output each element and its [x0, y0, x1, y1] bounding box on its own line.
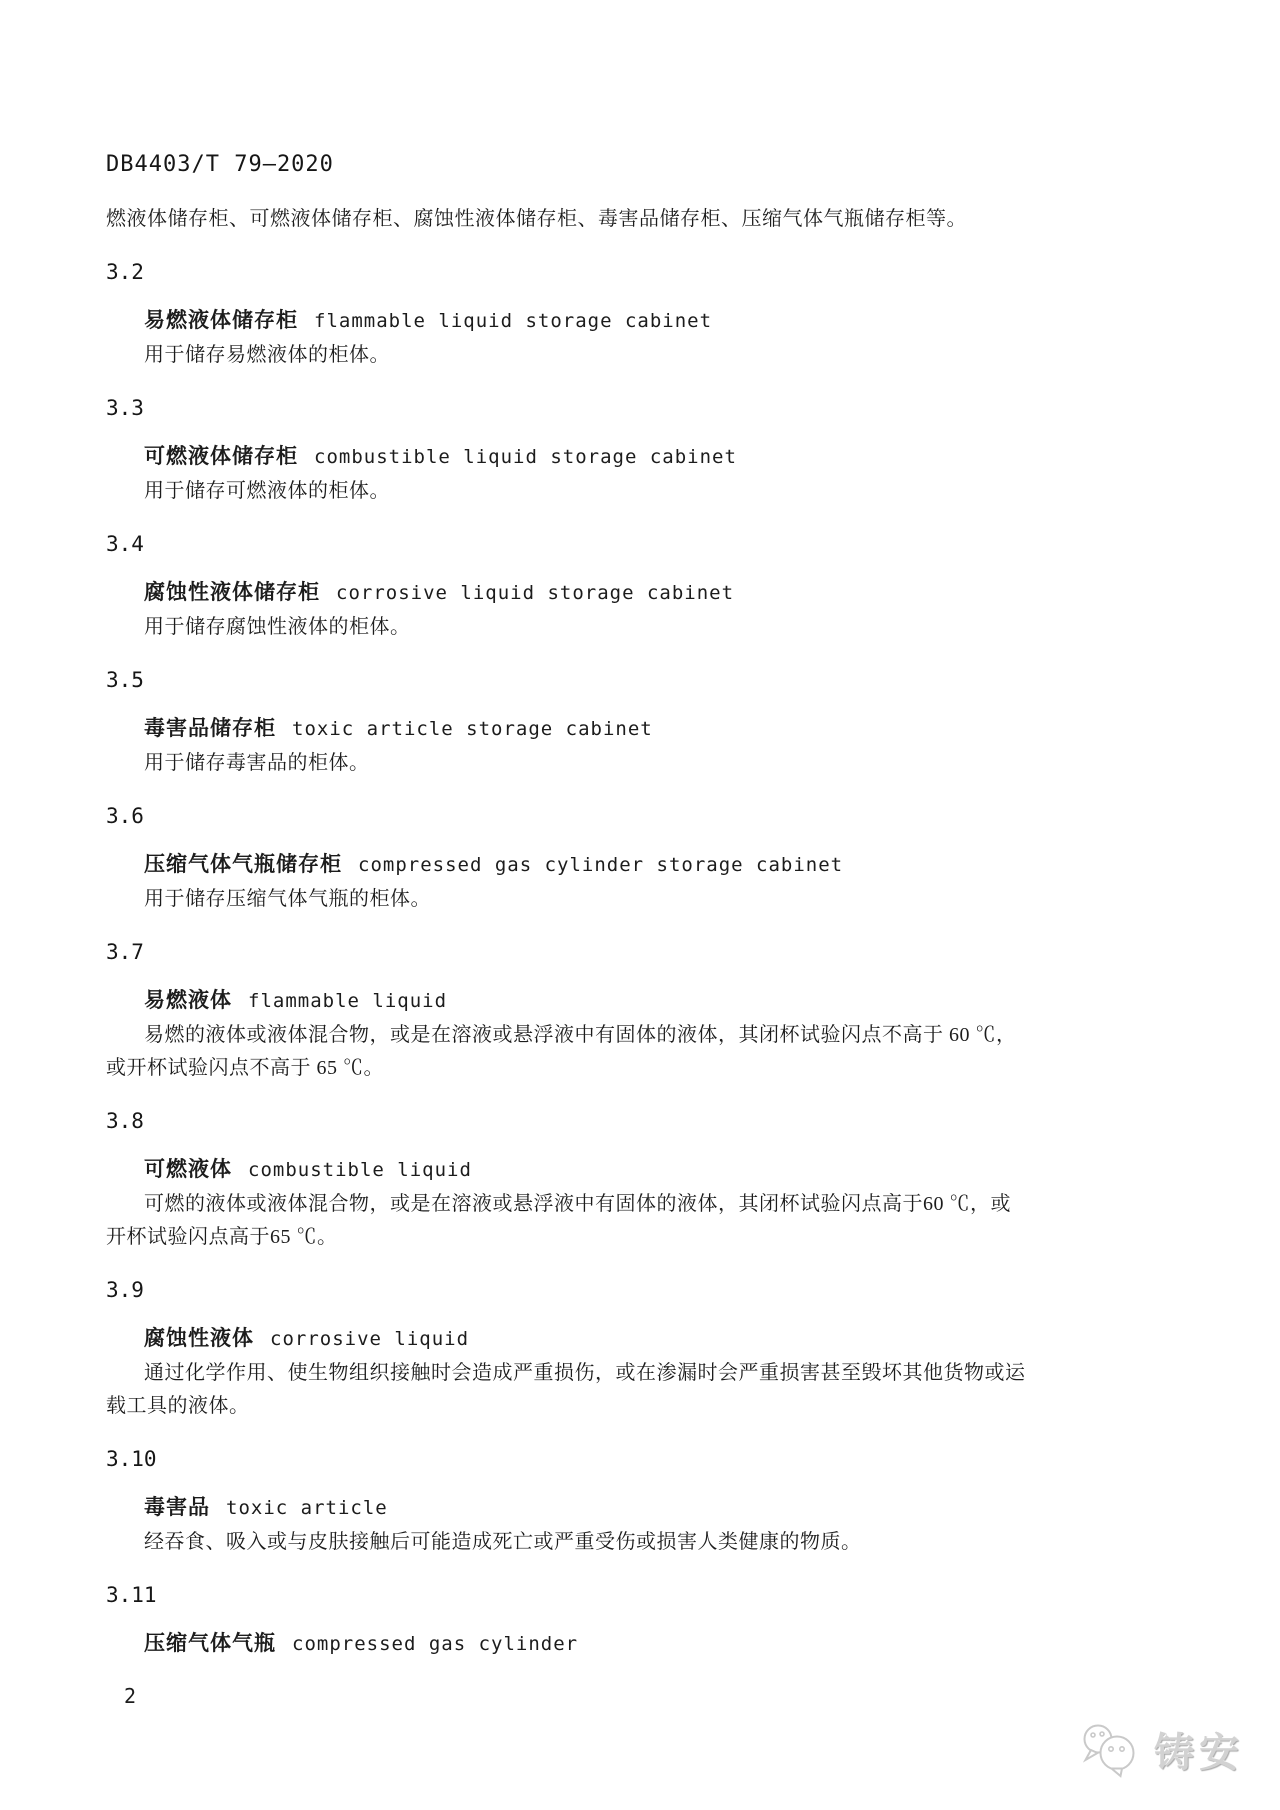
- section-number: 3.7: [106, 936, 1190, 969]
- term-section: 3.8 可燃液体combustible liquid 可燃的液体或液体混合物，或…: [106, 1105, 1190, 1254]
- term-zh: 易燃液体储存柜: [144, 309, 298, 332]
- term-en: combustible liquid storage cabinet: [314, 446, 737, 468]
- section-number: 3.11: [106, 1579, 1190, 1612]
- term-section: 3.11 压缩气体气瓶compressed gas cylinder: [106, 1579, 1190, 1662]
- term-section: 3.4 腐蚀性液体储存柜corrosive liquid storage cab…: [106, 528, 1190, 644]
- definition-line: 可燃的液体或液体混合物，或是在溶液或悬浮液中有固体的液体，其闭杯试验闪点高于60…: [106, 1188, 1190, 1221]
- term-en: toxic article: [226, 1497, 388, 1519]
- watermark: 铸安: [1078, 1721, 1244, 1778]
- section-number: 3.9: [106, 1274, 1190, 1307]
- term-line: 易燃液体储存柜flammable liquid storage cabinet: [106, 304, 1190, 339]
- term-zh: 腐蚀性液体: [144, 1327, 254, 1350]
- term-en: flammable liquid: [248, 990, 447, 1012]
- term-line: 易燃液体flammable liquid: [106, 984, 1190, 1019]
- definition: 用于储存可燃液体的柜体。: [106, 475, 1190, 508]
- term-en: corrosive liquid: [270, 1328, 469, 1350]
- term-zh: 压缩气体气瓶: [144, 1632, 276, 1655]
- term-line: 毒害品toxic article: [106, 1491, 1190, 1526]
- term-en: combustible liquid: [248, 1159, 472, 1181]
- section-number: 3.5: [106, 664, 1190, 697]
- section-number: 3.6: [106, 800, 1190, 833]
- term-section: 3.7 易燃液体flammable liquid 易燃的液体或液体混合物，或是在…: [106, 936, 1190, 1085]
- term-section: 3.5 毒害品储存柜toxic article storage cabinet …: [106, 664, 1190, 780]
- definition-line: 用于储存易燃液体的柜体。: [106, 339, 1190, 372]
- term-section: 3.9 腐蚀性液体corrosive liquid 通过化学作用、使生物组织接触…: [106, 1274, 1190, 1423]
- term-en: corrosive liquid storage cabinet: [336, 582, 734, 604]
- definition-line: 经吞食、吸入或与皮肤接触后可能造成死亡或严重受伤或损害人类健康的物质。: [106, 1526, 1190, 1559]
- term-zh: 可燃液体储存柜: [144, 445, 298, 468]
- section-number: 3.2: [106, 256, 1190, 289]
- term-zh: 毒害品储存柜: [144, 717, 276, 740]
- definition: 通过化学作用、使生物组织接触时会造成严重损伤，或在渗漏时会严重损害甚至毁坏其他货…: [106, 1357, 1190, 1423]
- term-section: 3.3 可燃液体储存柜combustible liquid storage ca…: [106, 392, 1190, 508]
- term-zh: 毒害品: [144, 1496, 210, 1519]
- document-page: DB4403/T 79—2020 燃液体储存柜、可燃液体储存柜、腐蚀性液体储存柜…: [0, 0, 1280, 1810]
- page-number: 2: [106, 1681, 1190, 1711]
- term-line: 压缩气体气瓶compressed gas cylinder: [106, 1627, 1190, 1662]
- definition-line: 用于储存压缩气体气瓶的柜体。: [106, 883, 1190, 916]
- term-section: 3.2 易燃液体储存柜flammable liquid storage cabi…: [106, 256, 1190, 372]
- term-zh: 腐蚀性液体储存柜: [144, 581, 320, 604]
- term-section: 3.10 毒害品toxic article 经吞食、吸入或与皮肤接触后可能造成死…: [106, 1443, 1190, 1559]
- wechat-bubbles-icon: [1078, 1722, 1140, 1778]
- definition: 用于储存易燃液体的柜体。: [106, 339, 1190, 372]
- term-line: 腐蚀性液体corrosive liquid: [106, 1322, 1190, 1357]
- term-line: 可燃液体储存柜combustible liquid storage cabine…: [106, 440, 1190, 475]
- terms-sections: 3.2 易燃液体储存柜flammable liquid storage cabi…: [106, 256, 1190, 1662]
- term-en: flammable liquid storage cabinet: [314, 310, 712, 332]
- definition-line: 载工具的液体。: [106, 1390, 1190, 1423]
- term-en: toxic article storage cabinet: [292, 718, 653, 740]
- definition-line: 或开杯试验闪点不高于 65 ℃。: [106, 1052, 1190, 1085]
- definition: 用于储存腐蚀性液体的柜体。: [106, 611, 1190, 644]
- continuation-paragraph: 燃液体储存柜、可燃液体储存柜、腐蚀性液体储存柜、毒害品储存柜、压缩气体气瓶储存柜…: [106, 203, 1190, 236]
- definition-line: 用于储存腐蚀性液体的柜体。: [106, 611, 1190, 644]
- definition-line: 易燃的液体或液体混合物，或是在溶液或悬浮液中有固体的液体，其闭杯试验闪点不高于 …: [106, 1019, 1190, 1052]
- term-zh: 压缩气体气瓶储存柜: [144, 853, 342, 876]
- term-zh: 可燃液体: [144, 1158, 232, 1181]
- section-number: 3.10: [106, 1443, 1190, 1476]
- definition: 可燃的液体或液体混合物，或是在溶液或悬浮液中有固体的液体，其闭杯试验闪点高于60…: [106, 1188, 1190, 1254]
- term-zh: 易燃液体: [144, 989, 232, 1012]
- definition: 经吞食、吸入或与皮肤接触后可能造成死亡或严重受伤或损害人类健康的物质。: [106, 1526, 1190, 1559]
- definition: 用于储存毒害品的柜体。: [106, 747, 1190, 780]
- term-line: 压缩气体气瓶储存柜compressed gas cylinder storage…: [106, 848, 1190, 883]
- term-line: 腐蚀性液体储存柜corrosive liquid storage cabinet: [106, 576, 1190, 611]
- term-line: 毒害品储存柜toxic article storage cabinet: [106, 712, 1190, 747]
- term-line: 可燃液体combustible liquid: [106, 1153, 1190, 1188]
- section-number: 3.4: [106, 528, 1190, 561]
- definition-line: 通过化学作用、使生物组织接触时会造成严重损伤，或在渗漏时会严重损害甚至毁坏其他货…: [106, 1357, 1190, 1390]
- term-en: compressed gas cylinder: [292, 1633, 578, 1655]
- term-section: 3.6 压缩气体气瓶储存柜compressed gas cylinder sto…: [106, 800, 1190, 916]
- definition-line: 用于储存可燃液体的柜体。: [106, 475, 1190, 508]
- section-number: 3.8: [106, 1105, 1190, 1138]
- document-code: DB4403/T 79—2020: [106, 148, 1190, 182]
- definition: 用于储存压缩气体气瓶的柜体。: [106, 883, 1190, 916]
- section-number: 3.3: [106, 392, 1190, 425]
- definition-line: 开杯试验闪点高于65 ℃。: [106, 1221, 1190, 1254]
- definition: 易燃的液体或液体混合物，或是在溶液或悬浮液中有固体的液体，其闭杯试验闪点不高于 …: [106, 1019, 1190, 1085]
- definition-line: 用于储存毒害品的柜体。: [106, 747, 1190, 780]
- watermark-text: 铸安: [1154, 1721, 1244, 1778]
- term-en: compressed gas cylinder storage cabinet: [358, 854, 843, 876]
